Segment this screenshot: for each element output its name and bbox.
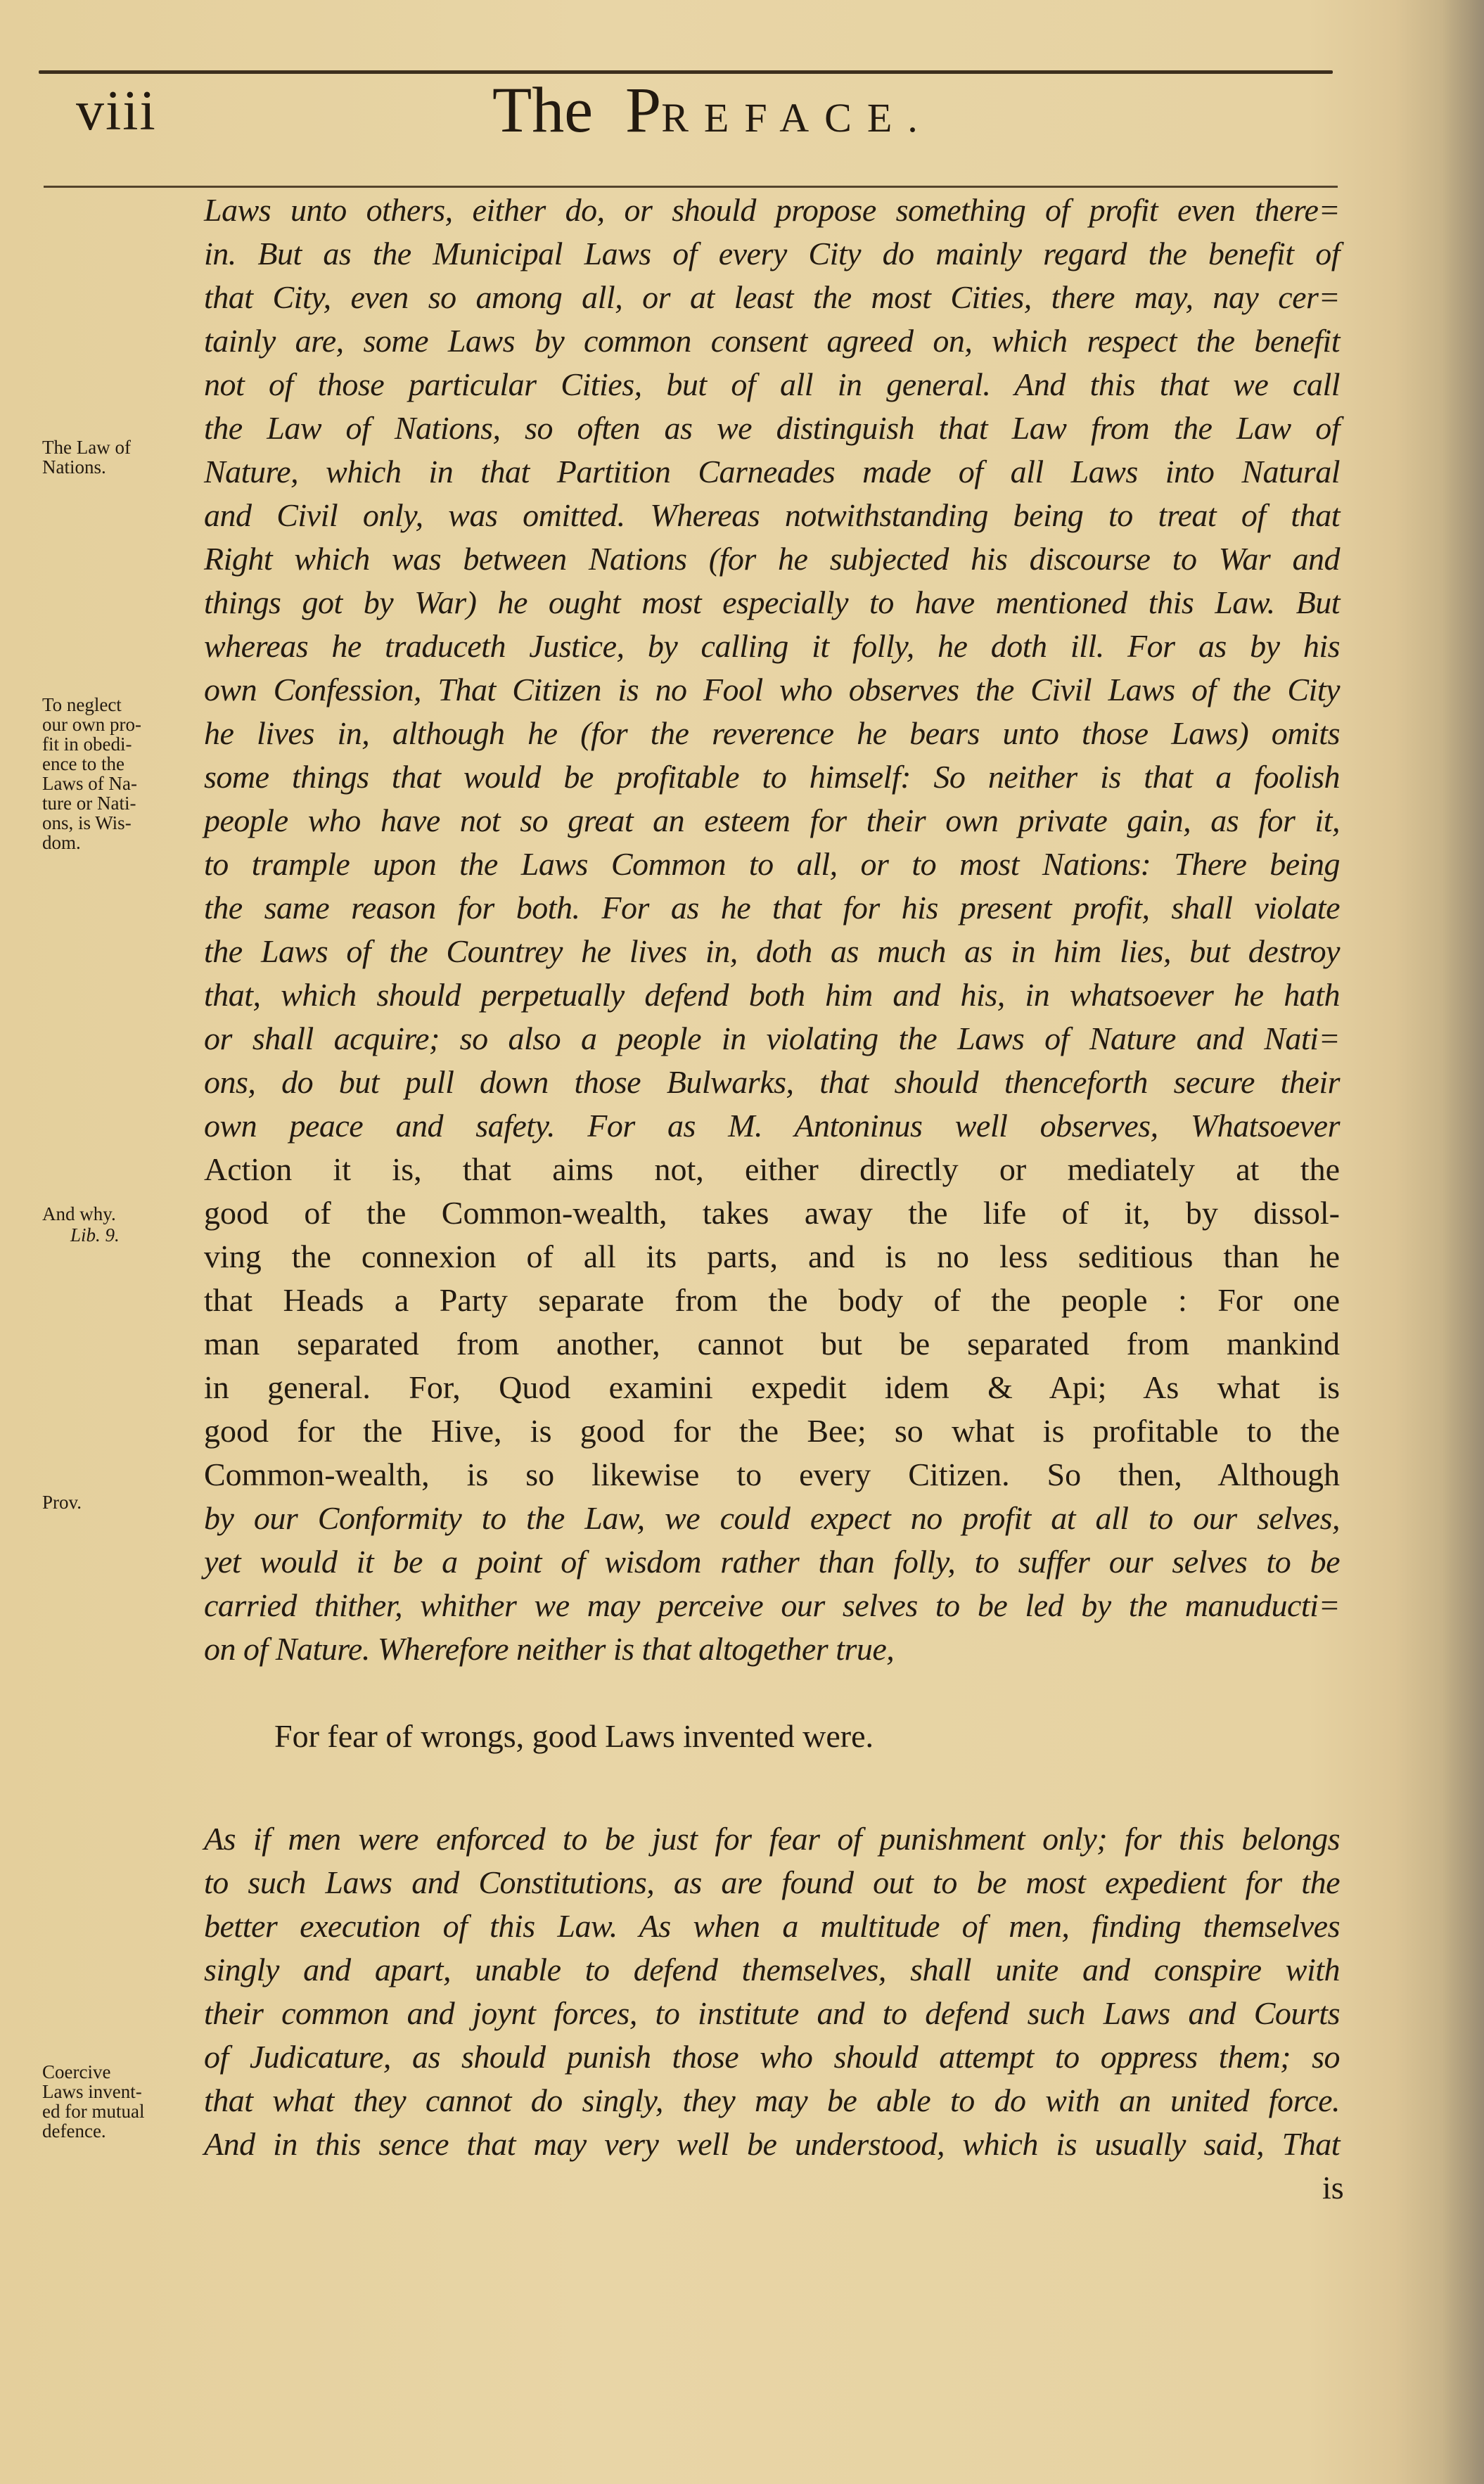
body-line: Right which was between Nations (for he …: [204, 537, 1340, 581]
margin-note-line: ture or Nati-: [42, 793, 193, 813]
margin-note-line: ed for mutual: [42, 2101, 193, 2121]
body-line: on of Nature. Wherefore neither is that …: [204, 1627, 1340, 1671]
page-edge-shadow: [1442, 0, 1484, 2484]
body-line: good for the Hive, is good for the Bee; …: [204, 1409, 1340, 1453]
margin-note-line: defence.: [42, 2121, 193, 2141]
margin-note-line: The Law of: [42, 437, 193, 457]
body-line: Common-wealth, is so likewise to every C…: [204, 1453, 1340, 1497]
body-line: to such Laws and Constitutions, as are f…: [204, 1861, 1340, 1904]
body-line: their common and joynt forces, to instit…: [204, 1992, 1340, 2035]
body-line: some things that would be profitable to …: [204, 755, 1340, 799]
body-line: ons, do but pull down those Bulwarks, th…: [204, 1061, 1340, 1104]
body-line: and Civil only, was omitted. Whereas not…: [204, 494, 1340, 537]
body-line: own peace and safety. For as M. Antoninu…: [204, 1104, 1340, 1148]
book-page: viii The PREFACE. The Law of Nations. To…: [0, 0, 1484, 2484]
margin-note-line: Laws invent-: [42, 2082, 193, 2101]
margin-note-line: ence to the: [42, 754, 193, 774]
margin-note-line: ons, is Wis-: [42, 813, 193, 833]
margin-note-line: dom.: [42, 833, 193, 852]
body-line: things got by War) he ought most especia…: [204, 581, 1340, 625]
body-line: in. But as the Municipal Laws of every C…: [204, 232, 1340, 276]
body-line: to trample upon the Laws Common to all, …: [204, 843, 1340, 886]
body-line: the Laws of the Countrey he lives in, do…: [204, 930, 1340, 973]
body-line: man separated from another, cannot but b…: [204, 1322, 1340, 1366]
body-line: that City, even so among all, or at leas…: [204, 276, 1340, 319]
running-head-rest: REFACE.: [661, 95, 933, 141]
body-line: of Judicature, as should punish those wh…: [204, 2035, 1340, 2079]
margin-note-and-why: And why.: [42, 1204, 193, 1224]
page-number: viii: [76, 83, 157, 139]
body-line: carried thither, whither we may perceive…: [204, 1584, 1340, 1627]
body-line: in general. For, Quod examini expedit id…: [204, 1366, 1340, 1409]
body-line: Nature, which in that Partition Carneade…: [204, 450, 1340, 494]
header-top-rule: [39, 70, 1333, 74]
margin-note-coercive-laws: Coercive Laws invent- ed for mutual defe…: [42, 2062, 193, 2141]
running-head-the: The: [492, 74, 593, 146]
running-head-p: P: [625, 74, 661, 146]
body-line: or shall acquire; so also a people in vi…: [204, 1017, 1340, 1061]
margin-note-line: Nations.: [42, 457, 193, 477]
catchword: is: [1322, 2166, 1344, 2210]
margin-note-to-neglect: To neglect our own pro- fit in obedi- en…: [42, 695, 193, 852]
body-line: that Heads a Party separate from the bod…: [204, 1279, 1340, 1322]
margin-note-prov: Prov.: [42, 1492, 193, 1512]
body-line: by our Conformity to the Law, we could e…: [204, 1497, 1340, 1540]
running-head: The PREFACE.: [492, 77, 933, 142]
margin-note-line: fit in obedi-: [42, 734, 193, 754]
body-line: good of the Common-wealth, takes away th…: [204, 1191, 1340, 1235]
margin-note-law-of-nations: The Law of Nations.: [42, 437, 193, 477]
body-line: And in this sence that may very well be …: [204, 2123, 1340, 2166]
body-line: singly and apart, unable to defend thems…: [204, 1948, 1340, 1992]
body-line: own Confession, That Citizen is no Fool …: [204, 668, 1340, 712]
body-line: people who have not so great an esteem f…: [204, 799, 1340, 843]
body-line: not of those particular Cities, but of a…: [204, 363, 1340, 406]
body-line: better execution of this Law. As when a …: [204, 1904, 1340, 1948]
body-line: ving the connexion of all its parts, and…: [204, 1235, 1340, 1279]
text-top-rule: [44, 186, 1338, 188]
margin-note-line: Laws of Na-: [42, 774, 193, 793]
body-line: the same reason for both. For as he that…: [204, 886, 1340, 930]
margin-note-line: Coercive: [42, 2062, 193, 2082]
body-line: the Law of Nations, so often as we disti…: [204, 406, 1340, 450]
body-line: tainly are, some Laws by common consent …: [204, 319, 1340, 363]
margin-note-lib-9: Lib. 9.: [70, 1225, 222, 1245]
margin-note-line: To neglect: [42, 695, 193, 715]
body-line: that what they cannot do singly, they ma…: [204, 2079, 1340, 2123]
body-line: whereas he traduceth Justice, by calling…: [204, 625, 1340, 668]
body-line: that, which should perpetually defend bo…: [204, 973, 1340, 1017]
body-line: yet would it be a point of wisdom rather…: [204, 1540, 1340, 1584]
body-line: As if men were enforced to be just for f…: [204, 1817, 1340, 1861]
body-line: Action it is, that aims not, either dire…: [204, 1148, 1340, 1191]
margin-note-line: our own pro-: [42, 715, 193, 734]
body-line: Laws unto others, either do, or should p…: [204, 188, 1340, 232]
body-line: he lives in, although he (for the revere…: [204, 712, 1340, 755]
verse-quotation: For fear of wrongs, good Laws invented w…: [274, 1715, 874, 1758]
